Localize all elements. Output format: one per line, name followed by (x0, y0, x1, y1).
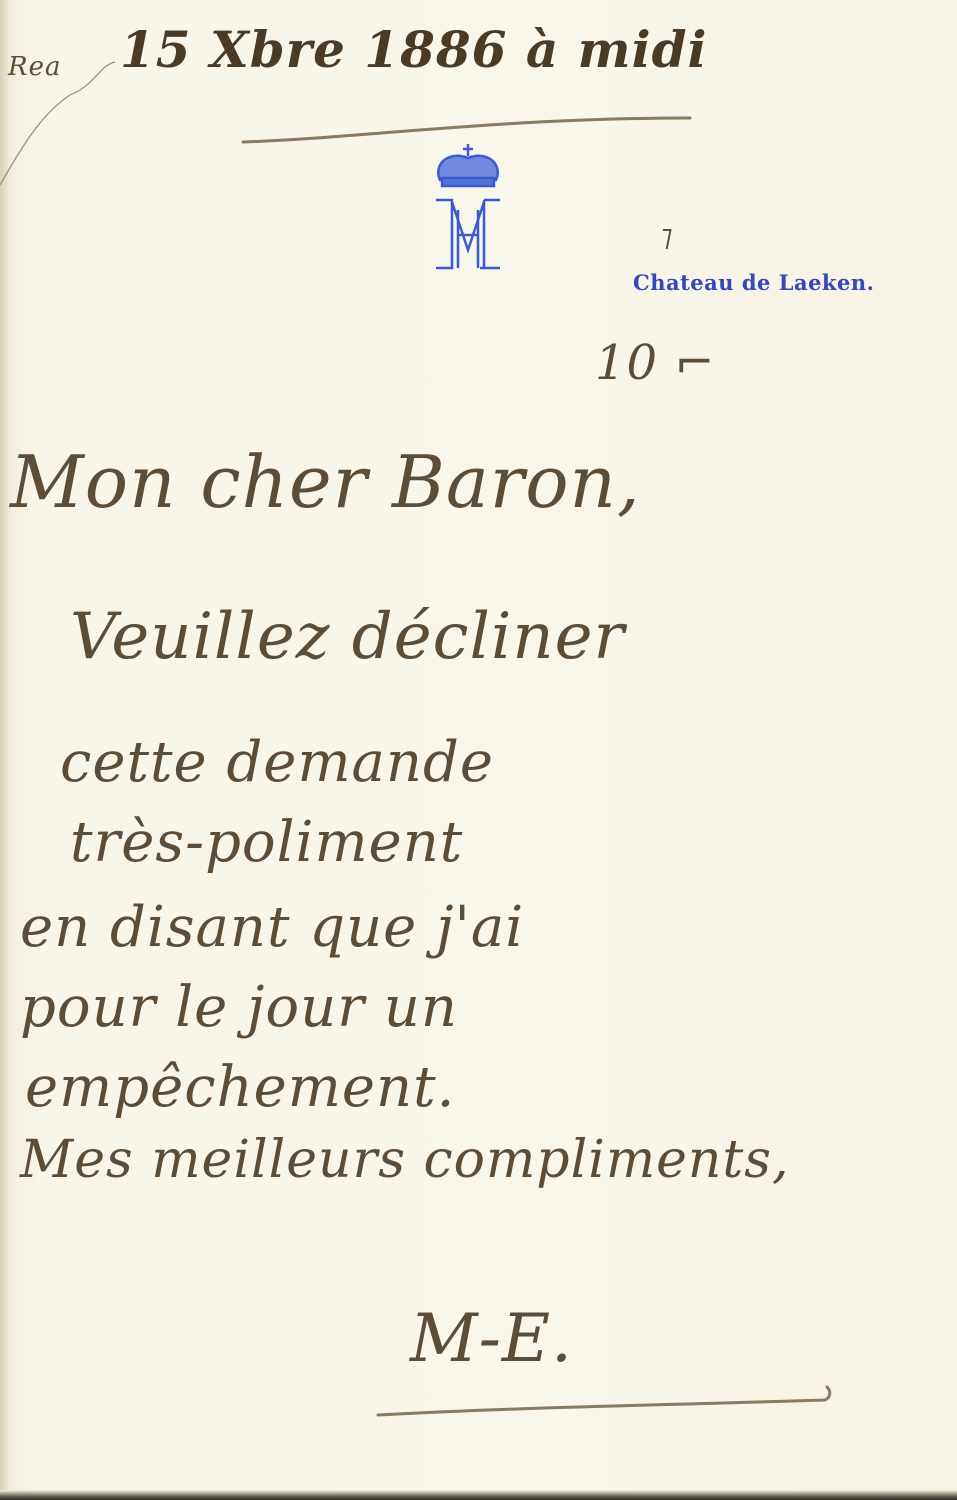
annotation-line-icon (0, 60, 130, 190)
page-bottom-edge (0, 1490, 957, 1500)
page-fold-edge (0, 0, 8, 1500)
letterhead-location: Chateau de Laeken. (633, 270, 874, 295)
letterhead-mark: ˥ (658, 222, 674, 257)
letter-line-5: pour le jour un (20, 975, 458, 1040)
signature-underline-icon (375, 1385, 835, 1425)
crown-monogram-icon (418, 140, 518, 280)
letter-line-7: Mes meilleurs compliments, (20, 1130, 790, 1190)
letter-line-6: empêchement. (25, 1055, 455, 1120)
signature: M-E. (410, 1300, 573, 1377)
annotation-date: 15 Xbre 1886 à midi (120, 20, 708, 79)
letter-line-3: très-poliment (70, 810, 463, 875)
letter-line-1: Veuillez décliner (70, 600, 625, 674)
letter-page: Rea 15 Xbre 1886 à midi ˥ Chateau de Lae… (0, 0, 957, 1500)
letter-line-4: en disant que j'ai (20, 895, 524, 960)
letter-line-2: cette demande (60, 730, 494, 795)
dateline: 10 ⌐ (595, 335, 716, 391)
salutation: Mon cher Baron, (10, 440, 641, 524)
